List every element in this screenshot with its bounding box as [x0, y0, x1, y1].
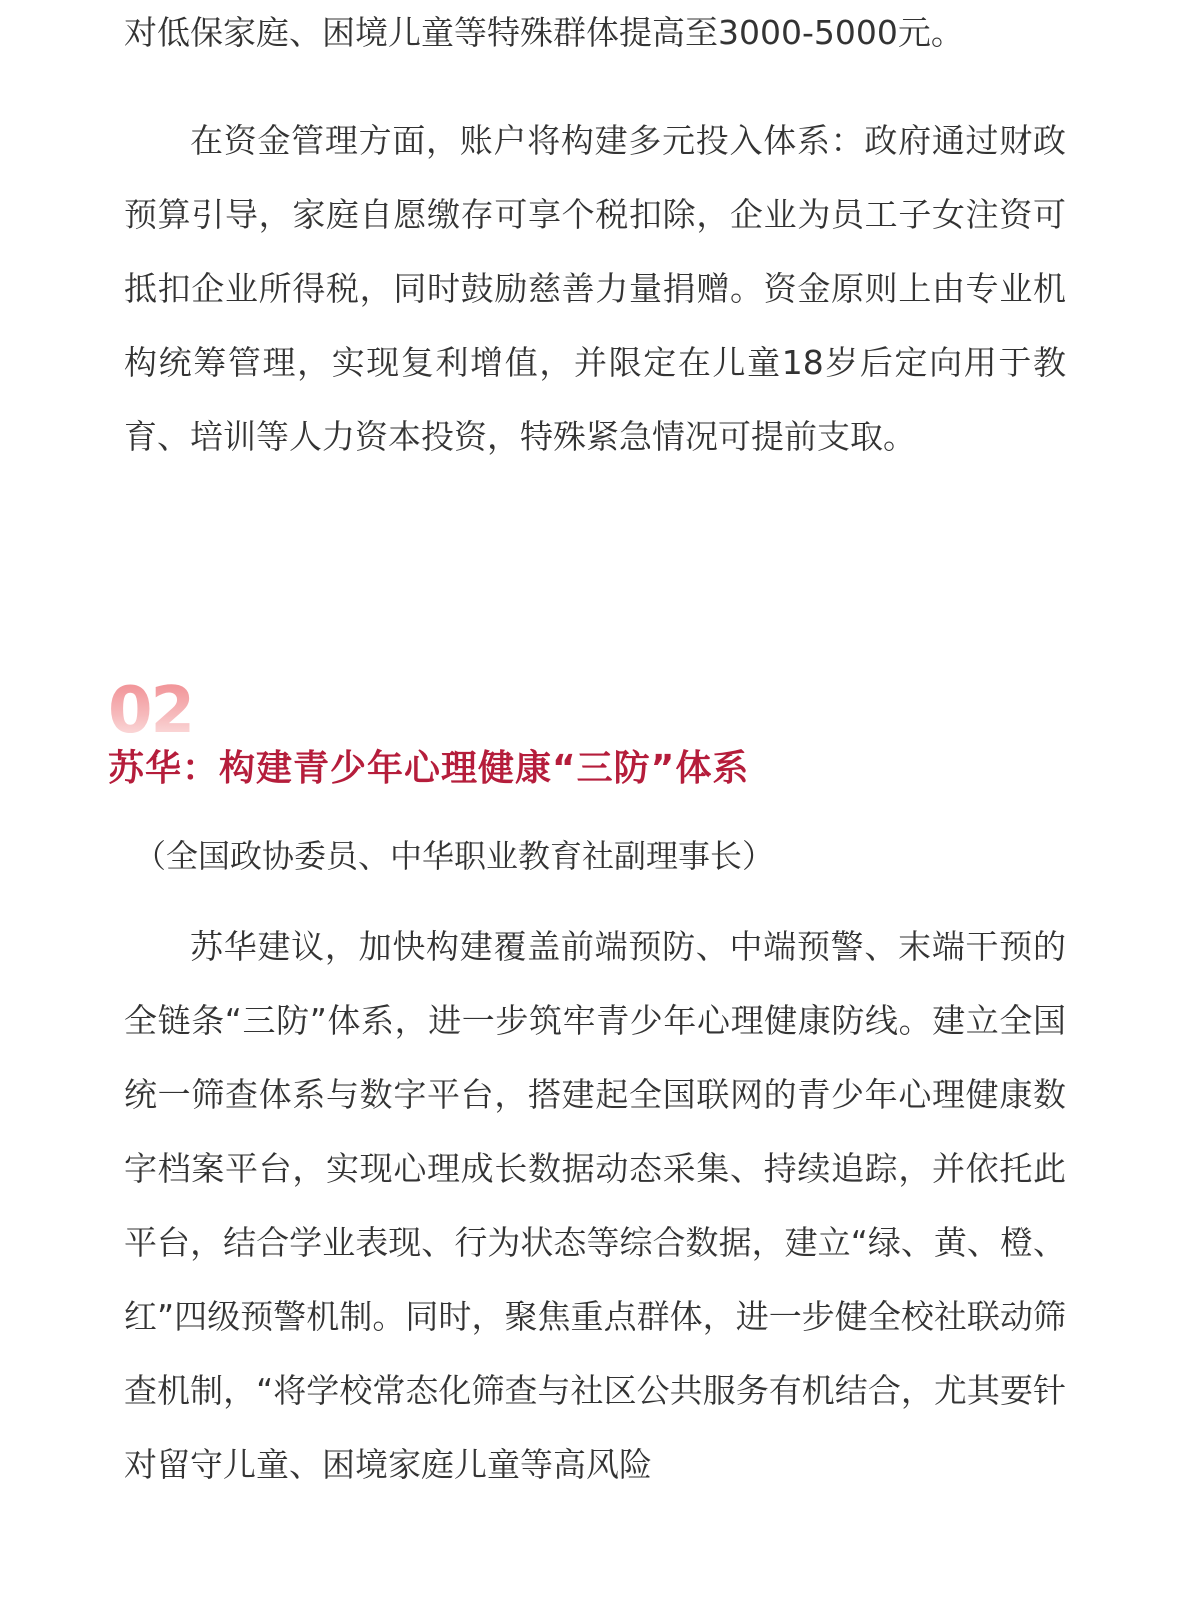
section-header-02: 02 苏华：构建青少年心理健康“三防”体系: [108, 676, 1068, 794]
section-number: 02: [108, 676, 1068, 746]
section-title: 苏华：构建青少年心理健康“三防”体系: [108, 744, 1068, 794]
speaker-affiliation: （全国政协委员、中华职业教育社副理事长）: [134, 828, 774, 884]
paragraph-subsidy-tail: 对低保家庭、困境儿童等特殊群体提高至3000-5000元。: [124, 0, 1066, 70]
paragraph-fund-management: 在资金管理方面，账户将构建多元投入体系：政府通过财政预算引导，家庭自愿缴存可享个…: [124, 104, 1066, 474]
paragraph-suhua-proposal: 苏华建议，加快构建覆盖前端预防、中端预警、末端干预的全链条“三防”体系，进一步筑…: [124, 910, 1066, 1502]
